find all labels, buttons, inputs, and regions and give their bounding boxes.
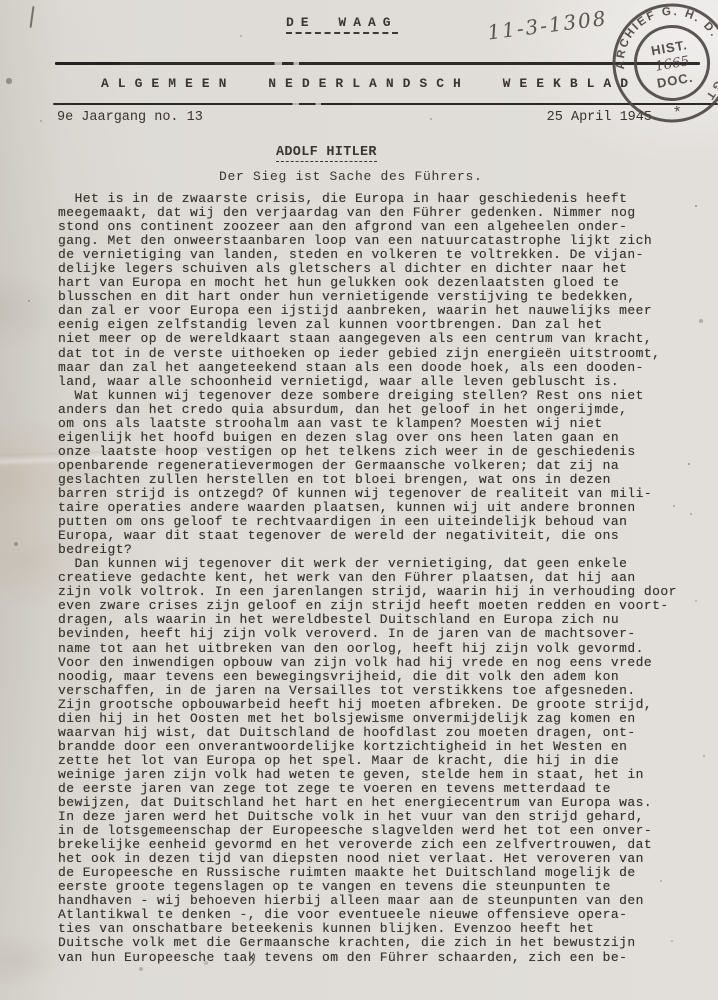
issue-number: 9e Jaargang no. 13 (57, 110, 203, 125)
article-title: ADOLF HITLER (276, 145, 377, 162)
publication-title: DE WAAG (286, 15, 398, 34)
paper-specks (0, 0, 2, 2)
stamp-star-icon: * (673, 103, 682, 121)
pencil-mark: ) (249, 950, 257, 969)
article-body: Het is in de zwaarste crisis, die Europa… (58, 192, 677, 965)
article-subtitle: Der Sieg ist Sache des Führers. (219, 169, 483, 184)
scratch-mark (29, 6, 34, 28)
archive-stamp: ARCHIEF G. H. D. GT * HIST. 1665 DOC. (597, 0, 718, 138)
scanned-document-page: DE WAAG 11-3-1308 ALGEMEEN NEDERLANDSCH … (0, 0, 718, 1000)
publication-subtitle: ALGEMEEN NEDERLANDSCH WEEKBLAD (101, 76, 637, 91)
issue-row: 9e Jaargang no. 13 25 April 1945 (57, 110, 652, 125)
